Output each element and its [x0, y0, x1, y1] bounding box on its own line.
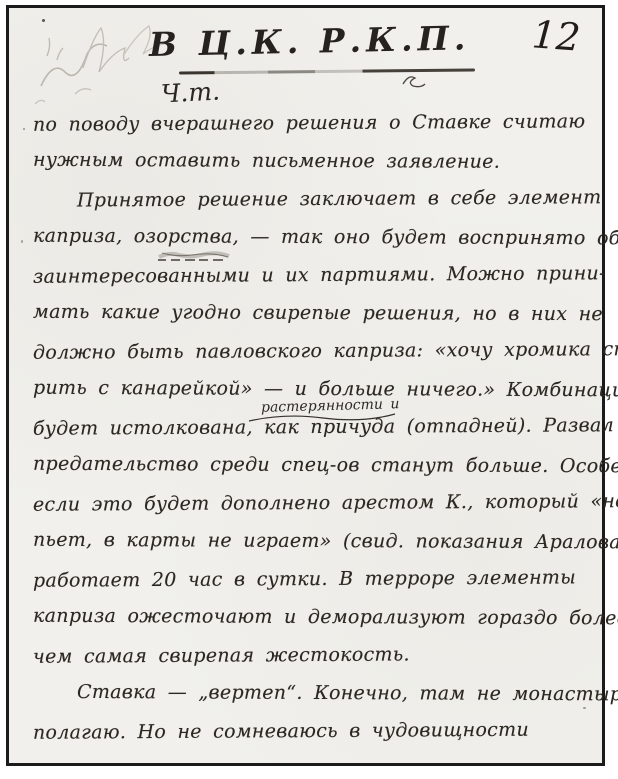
manuscript-page: 12 В Ц.К. Р.К.П. Ч.т. по поводу вчерашне… [0, 0, 618, 779]
scan-border-frame: 12 В Ц.К. Р.К.П. Ч.т. по поводу вчерашне… [6, 5, 605, 766]
manuscript-line: по поводу вчерашнего решения о Ставке сч… [33, 110, 607, 152]
manuscript-line: пьет, в карты не играет» (свид. показани… [33, 529, 607, 570]
page-number: 12 [530, 12, 581, 59]
manuscript-line: нужным оставить письменное заявление. [33, 149, 607, 190]
manuscript-line: предательство среди спец-ов станут больш… [33, 453, 607, 494]
manuscript-line: полагаю. Но не сомневаюсь в чудовищности [33, 718, 607, 760]
manuscript-line: должно быть павловского каприза: «хочу х… [33, 338, 607, 380]
title-underline-flourish [401, 74, 427, 88]
manuscript-line: чем самая свирепая жестокость. [33, 642, 607, 684]
manuscript-line: Принятое решение заключает в себе элемен… [33, 186, 607, 228]
manuscript-body: по поводу вчерашнего решения о Ставке сч… [33, 112, 607, 758]
manuscript-line: если это будет дополнено арестом К., кот… [33, 490, 607, 532]
ink-speck [42, 19, 45, 22]
document-title: В Ц.К. Р.К.П. [149, 19, 440, 64]
salutation: Ч.т. [160, 76, 220, 108]
ink-speck [21, 240, 23, 243]
crossed-out-word-smudge [156, 249, 234, 265]
ink-speck [23, 128, 25, 130]
manuscript-line: Ставка — „вертеп“. Конечно, там не монас… [33, 681, 607, 722]
manuscript-line: заинтересованными и их партиями. Можно п… [33, 262, 607, 304]
insertion-caret-line [247, 412, 397, 424]
manuscript-line: работает 20 час в сутки. В терроре элеме… [33, 566, 607, 608]
manuscript-line: мать какие угодно свирепые решения, но в… [33, 301, 607, 342]
manuscript-line: каприза, озорства, — так оно будет воспр… [33, 225, 607, 266]
manuscript-line: каприза ожесточают и деморализуют горазд… [33, 605, 607, 646]
